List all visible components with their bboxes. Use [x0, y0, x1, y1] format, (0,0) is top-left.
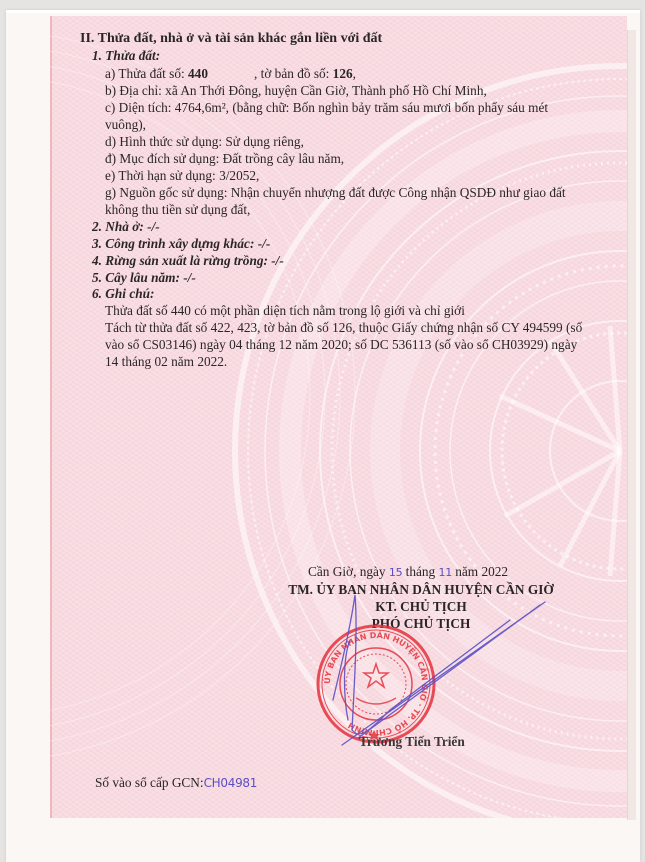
issue-day: 15 [389, 566, 402, 579]
registry-label: Số vào sổ cấp GCN: [95, 775, 204, 790]
usage-origin-cont: không thu tiền sử dụng đất, [105, 201, 250, 219]
parcel-address: b) Địa chỉ: xã An Thới Đông, huyện Cần G… [105, 82, 487, 100]
parcel-area-cont: vuông), [105, 116, 146, 134]
note-line: vào sổ CS03146) ngày 04 tháng 12 năm 202… [105, 336, 577, 354]
parcel-area: c) Diện tích: 4764,6m², (bằng chữ: Bốn n… [105, 99, 548, 117]
section-heading: II. Thửa đất, nhà ở và tài sản khác gắn … [80, 30, 382, 48]
parcel-number-line: a) Thửa đất số: 440, tờ bản đồ số: 126, [105, 65, 356, 83]
usage-origin: g) Nguồn gốc sử dụng: Nhận chuyển nhượng… [105, 184, 566, 202]
note-line: 14 tháng 02 năm 2022. [105, 353, 227, 371]
issue-date: Cần Giờ, ngày 15 tháng 11 năm 2022 [308, 563, 508, 582]
usage-form: d) Hình thức sử dụng: Sử dụng riêng, [105, 133, 304, 151]
notes-heading: 6. Ghi chú: [92, 285, 154, 303]
issue-month: 11 [439, 566, 452, 579]
usage-purpose: đ) Mục đích sử dụng: Đất trồng cây lâu n… [105, 150, 344, 168]
map-sheet-label: , tờ bản đồ số: [254, 66, 333, 81]
issue-year: năm 2022 [452, 564, 508, 579]
parcel-number: 440 [188, 66, 208, 81]
signer-name: Trương Tiến Triển [359, 733, 465, 751]
usage-term: e) Thời hạn sử dụng: 3/2052, [105, 167, 259, 185]
parcel-heading: 1. Thửa đất: [92, 47, 160, 65]
punctuation: , [353, 66, 356, 81]
month-prefix: tháng [402, 564, 438, 579]
registry-number: CH04981 [204, 776, 257, 790]
map-sheet-number: 126 [333, 66, 353, 81]
plantation-forest-section: 4. Rừng sản xuất là rừng trồng: -/- [92, 252, 284, 270]
note-line: Tách từ thửa đất số 422, 423, tờ bản đồ … [105, 319, 582, 337]
perennial-trees-section: 5. Cây lâu năm: -/- [92, 269, 196, 287]
date-prefix: Cần Giờ, ngày [308, 564, 389, 579]
other-construction-section: 3. Công trình xây dựng khác: -/- [92, 235, 270, 253]
certificate-content: II. Thửa đất, nhà ở và tài sản khác gắn … [0, 0, 645, 862]
note-line: Thửa đất số 440 có một phần diện tích nằ… [105, 302, 465, 320]
parcel-number-label: a) Thửa đất số: [105, 66, 188, 81]
house-section: 2. Nhà ở: -/- [92, 218, 160, 236]
registry-entry: Số vào sổ cấp GCN:CH04981 [95, 774, 257, 793]
